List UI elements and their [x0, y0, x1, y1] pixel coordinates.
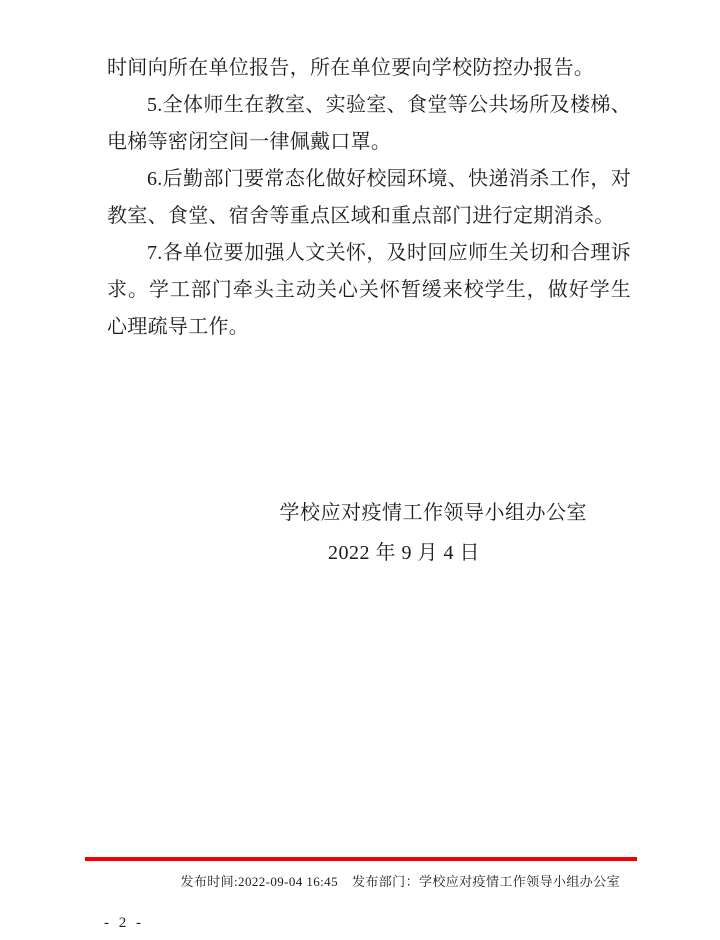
- signature-organization: 学校应对疫情工作领导小组办公室: [280, 496, 588, 530]
- body-paragraph-item6: 6.后勤部门要常态化做好校园环境、快递消杀工作，对教室、食堂、宿舍等重点区域和重…: [107, 161, 631, 235]
- page-number: - 2 -: [104, 915, 144, 932]
- signature-date: 2022 年 9 月 4 日: [328, 536, 480, 570]
- publish-time-text: 发布时间:2022-09-04 16:45: [180, 874, 338, 889]
- document-body: 时间向所在单位报告，所在单位要向学校防控办报告。 5.全体师生在教室、实验室、食…: [107, 50, 631, 346]
- document-page: 时间向所在单位报告，所在单位要向学校防控办报告。 5.全体师生在教室、实验室、食…: [0, 0, 720, 940]
- body-paragraph-continuation: 时间向所在单位报告，所在单位要向学校防控办报告。: [107, 50, 631, 87]
- body-paragraph-item7: 7.各单位要加强人文关怀，及时回应师生关切和合理诉求。学工部门牵头主动关心关怀暂…: [107, 235, 631, 346]
- body-paragraph-item5: 5.全体师生在教室、实验室、食堂等公共场所及楼梯、电梯等密闭空间一律佩戴口罩。: [107, 87, 631, 161]
- footer-publish-info: 发布时间:2022-09-04 16:45发布部门：学校应对疫情工作领导小组办公…: [180, 873, 620, 891]
- publish-department-text: 发布部门：学校应对疫情工作领导小组办公室: [352, 874, 620, 889]
- footer-divider-line: [85, 857, 637, 861]
